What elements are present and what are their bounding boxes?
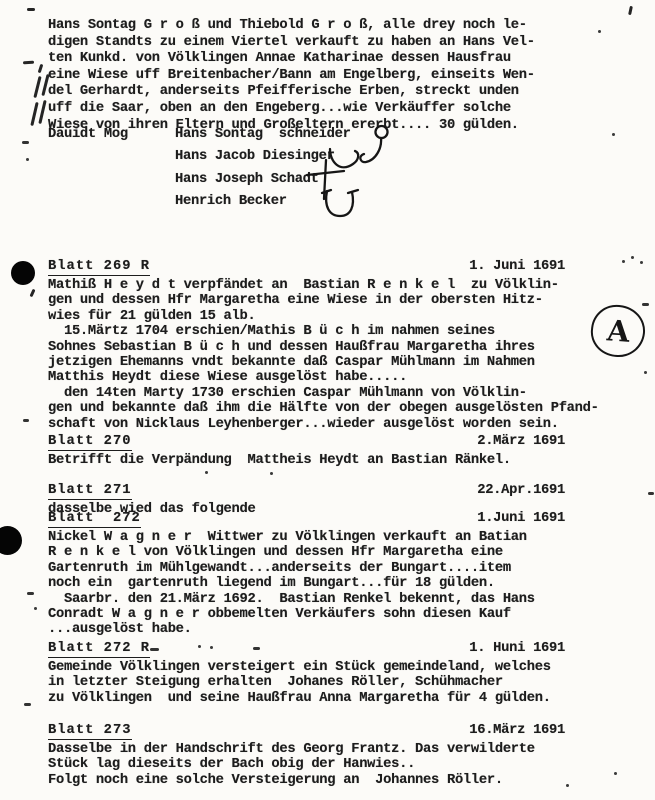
scan-speck bbox=[27, 8, 35, 11]
pencil-slash bbox=[30, 102, 38, 126]
pencil-slash bbox=[38, 100, 46, 124]
pencil-dash bbox=[23, 61, 34, 64]
entry-header: Blatt 272 R 1. Huni 1691 bbox=[48, 641, 565, 658]
text-line: Matthis Heydt diese Wiese ausgelöst habe… bbox=[48, 370, 565, 385]
intro-paragraph: Hans Sontag G r o ß und Thiebold G r o ß… bbox=[48, 18, 535, 134]
witness-name: Hans Sontag schneider bbox=[175, 127, 351, 144]
entry-blatt-270: Blatt 270 2.März 1691 Betrifft die Verpä… bbox=[48, 434, 565, 468]
pencil-slash bbox=[33, 76, 41, 98]
text-line: Stück lag dieseits der Bach obig der Han… bbox=[48, 757, 565, 772]
text-line: ...ausgelöst habe. bbox=[48, 622, 565, 637]
witness-row: Henrich Becker bbox=[48, 194, 468, 216]
entry-date: 1.Juni 1691 bbox=[477, 511, 565, 526]
text-line: Gemeinde Völklingen versteigert ein Stüc… bbox=[48, 660, 565, 675]
scan-speck bbox=[640, 261, 643, 264]
scan-speck bbox=[205, 471, 208, 474]
entry-blatt-269r: Blatt 269 R 1. Juni 1691 Mathiß H e y d … bbox=[48, 259, 565, 432]
entry-date: 1. Huni 1691 bbox=[469, 641, 565, 656]
text-line: del Gerhardt, anderseits Pfeifferische E… bbox=[48, 84, 535, 101]
entry-heading: Blatt 271 bbox=[48, 483, 132, 500]
scan-speck bbox=[34, 607, 37, 610]
scan-speck bbox=[631, 256, 634, 259]
entry-header: Blatt 273 16.März 1691 bbox=[48, 723, 565, 740]
circled-letter-annotation: A bbox=[588, 302, 647, 359]
scan-speck bbox=[644, 371, 647, 374]
scan-speck bbox=[26, 158, 29, 161]
scan-speck bbox=[198, 645, 201, 648]
entry-date: 1. Juni 1691 bbox=[469, 259, 565, 274]
witness-row: Dauidt Mog Hans Sontag schneider bbox=[48, 127, 468, 149]
scan-speck bbox=[648, 492, 654, 495]
scan-speck bbox=[253, 647, 260, 650]
text-line: noch ein gartenruth liegend im Bungart..… bbox=[48, 576, 565, 591]
scan-speck bbox=[27, 592, 34, 595]
text-line: eine Wiese uff Breitenbacher/Bann am Eng… bbox=[48, 68, 535, 85]
text-line: den 14ten Marty 1730 erschien Caspar Müh… bbox=[48, 386, 565, 401]
text-line: Nickel W a g n e r Wittwer zu Völklingen… bbox=[48, 530, 565, 545]
witness-row: Hans Jacob Diesinger bbox=[48, 149, 468, 171]
scan-speck bbox=[210, 646, 213, 649]
text-line: Betrifft die Verpändung Mattheis Heydt a… bbox=[48, 453, 565, 468]
witness-name: Hans Joseph Schadt bbox=[175, 172, 319, 189]
text-line: Saarbr. den 21.März 1692. Bastian Renkel… bbox=[48, 592, 565, 607]
entry-body: Dasselbe in der Handschrift des Georg Fr… bbox=[48, 742, 565, 788]
text-line: uff die Saar, oben an den Engeberg...wie… bbox=[48, 101, 535, 118]
text-line: gen und bekannte daß ihm die Hälfte von … bbox=[48, 401, 565, 416]
entry-heading: Blatt 272 bbox=[48, 511, 141, 528]
pen-tick bbox=[30, 289, 36, 298]
entry-body: Betrifft die Verpändung Mattheis Heydt a… bbox=[48, 453, 565, 468]
signature-mark-u-icon bbox=[320, 188, 364, 222]
entry-heading: Blatt 273 bbox=[48, 723, 132, 740]
scan-speck bbox=[628, 6, 633, 15]
entry-date: 16.März 1691 bbox=[469, 723, 565, 738]
text-line: wies für 21 gülden 15 alb. bbox=[48, 309, 565, 324]
scan-speck bbox=[622, 260, 625, 263]
scan-speck bbox=[614, 772, 617, 775]
text-line: Folgt noch eine solche Versteigerung an … bbox=[48, 773, 565, 788]
scanned-document-page: Hans Sontag G r o ß und Thiebold G r o ß… bbox=[0, 0, 655, 800]
witness-name: Henrich Becker bbox=[175, 194, 287, 211]
text-line: schaft von Nicklaus Leyhenberger...wiede… bbox=[48, 417, 565, 432]
entry-body: Mathiß H e y d t verpfändet an Bastian R… bbox=[48, 278, 565, 432]
entry-date: 2.März 1691 bbox=[477, 434, 565, 449]
pencil-tick bbox=[38, 64, 44, 73]
scan-speck bbox=[642, 303, 649, 306]
scan-speck bbox=[150, 648, 159, 651]
entry-header: Blatt 272 1.Juni 1691 bbox=[48, 511, 565, 528]
witness-row: Hans Joseph Schadt bbox=[48, 172, 468, 194]
text-line: Conradt W a g n e r obbemelten Verkäufer… bbox=[48, 607, 565, 622]
text-line: Hans Sontag G r o ß und Thiebold G r o ß… bbox=[48, 18, 535, 35]
text-line: gen und dessen Hfr Margaretha eine Wiese… bbox=[48, 293, 565, 308]
officiant-name: Dauidt Mog bbox=[48, 127, 128, 144]
entry-header: Blatt 269 R 1. Juni 1691 bbox=[48, 259, 565, 276]
text-line: digen Standts zu einem Viertel verkauft … bbox=[48, 35, 535, 52]
text-line: zu Völklingen und seine Haußfrau Anna Ma… bbox=[48, 691, 565, 706]
entry-body: Nickel W a g n e r Wittwer zu Völklingen… bbox=[48, 530, 565, 638]
text-line: ten Kunkd. von Völklingen Annae Katharin… bbox=[48, 51, 535, 68]
entry-blatt-272r: Blatt 272 R 1. Huni 1691 Gemeinde Völkli… bbox=[48, 641, 565, 706]
witness-block: Dauidt Mog Hans Sontag schneider Hans Ja… bbox=[48, 127, 468, 217]
hole-punch bbox=[0, 526, 22, 555]
hole-punch bbox=[11, 261, 35, 285]
text-line: 15.Märtz 1704 erschien/Mathis B ü c h im… bbox=[48, 324, 565, 339]
entry-header: Blatt 270 2.März 1691 bbox=[48, 434, 565, 451]
entry-body: Gemeinde Völklingen versteigert ein Stüc… bbox=[48, 660, 565, 706]
annotation-letter: A bbox=[606, 313, 631, 348]
entry-heading: Blatt 272 R bbox=[48, 641, 150, 658]
entry-blatt-273: Blatt 273 16.März 1691 Dasselbe in der H… bbox=[48, 723, 565, 788]
text-line: Dasselbe in der Handschrift des Georg Fr… bbox=[48, 742, 565, 757]
scan-speck bbox=[612, 133, 615, 136]
text-line: jetzigen Ehemanns vndt bekannte daß Casp… bbox=[48, 355, 565, 370]
scan-speck bbox=[598, 30, 601, 33]
text-line: Gartenruth im Mühlgewandt...anderseits d… bbox=[48, 561, 565, 576]
text-line: in letzter Steigung erhalten Johanes Röl… bbox=[48, 675, 565, 690]
entry-heading: Blatt 270 bbox=[48, 434, 132, 451]
entry-blatt-272: Blatt 272 1.Juni 1691 Nickel W a g n e r… bbox=[48, 511, 565, 638]
entry-heading: Blatt 269 R bbox=[48, 259, 150, 276]
scan-speck bbox=[270, 472, 273, 475]
text-line: Mathiß H e y d t verpfändet an Bastian R… bbox=[48, 278, 565, 293]
scan-speck bbox=[566, 784, 569, 787]
text-line: Sohnes Sebastian B ü c h und dessen Hauß… bbox=[48, 340, 565, 355]
scan-speck bbox=[24, 703, 31, 706]
text-line: R e n k e l von Völklingen und dessen Hf… bbox=[48, 545, 565, 560]
entry-date: 22.Apr.1691 bbox=[477, 483, 565, 498]
scan-speck bbox=[22, 141, 29, 144]
scan-speck bbox=[23, 419, 29, 422]
entry-header: Blatt 271 22.Apr.1691 bbox=[48, 483, 565, 500]
